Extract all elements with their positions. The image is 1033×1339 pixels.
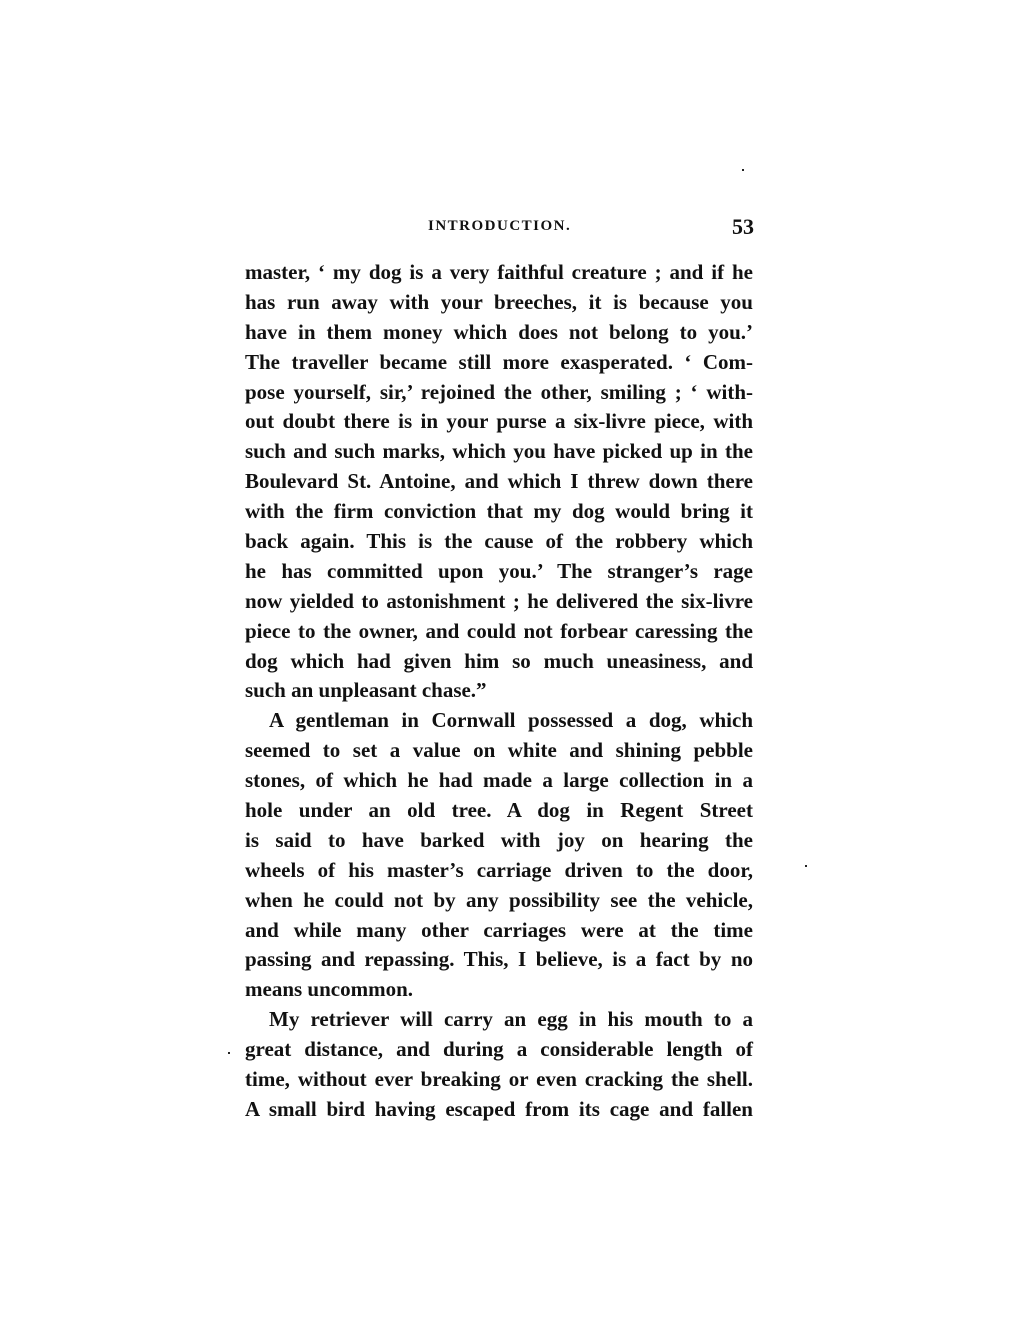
text-line: have in them money which does not belong… [245,318,753,348]
text-line: passing and repassing. This, I believe, … [245,945,753,975]
text-line: he has committed upon you.’ The stranger… [245,557,753,587]
text-line: My retriever will carry an egg in his mo… [245,1005,753,1035]
text-line: such and such marks, which you have pick… [245,437,753,467]
text-line: means uncommon. [245,975,753,1005]
running-header: INTRODUCTION. 53 [428,214,754,244]
text-line: out doubt there is in your purse a six-l… [245,407,753,437]
scan-speck [805,865,807,867]
text-line: and while many other carriages were at t… [245,916,753,946]
page-number: 53 [732,214,754,240]
scan-speck [228,1052,230,1054]
text-line: A gentleman in Cornwall possessed a dog,… [245,706,753,736]
paragraph: My retriever will carry an egg in his mo… [245,1005,753,1125]
text-line: A small bird having escaped from its cag… [245,1095,753,1125]
text-line: seemed to set a value on white and shini… [245,736,753,766]
text-line: dog which had given him so much uneasine… [245,647,753,677]
text-line: wheels of his master’s carriage driven t… [245,856,753,886]
text-line: such an unpleasant chase.” [245,676,753,706]
text-line: Boulevard St. Antoine, and which I threw… [245,467,753,497]
text-line: great distance, and during a considerabl… [245,1035,753,1065]
text-line: has run away with your breeches, it is b… [245,288,753,318]
text-line: piece to the owner, and could not forbea… [245,617,753,647]
text-line: is said to have barked with joy on heari… [245,826,753,856]
paragraph: A gentleman in Cornwall possessed a dog,… [245,706,753,1005]
text-line: now yielded to astonishment ; he deliver… [245,587,753,617]
text-line: The traveller became still more exaspera… [245,348,753,378]
scan-speck [742,169,744,171]
text-line: stones, of which he had made a large col… [245,766,753,796]
text-line: master, ‘ my dog is a very faithful crea… [245,258,753,288]
running-title: INTRODUCTION. [428,218,571,235]
text-line: pose yourself, sir,’ rejoined the other,… [245,378,753,408]
text-line: hole under an old tree. A dog in Regent … [245,796,753,826]
book-page: INTRODUCTION. 53 master, ‘ my dog is a v… [0,0,1033,1339]
text-line: time, without ever breaking or even crac… [245,1065,753,1095]
text-line: back again. This is the cause of the rob… [245,527,753,557]
text-line: with the firm conviction that my dog wou… [245,497,753,527]
text-line: when he could not by any possibility see… [245,886,753,916]
body-text: master, ‘ my dog is a very faithful crea… [245,258,753,1125]
paragraph: master, ‘ my dog is a very faithful crea… [245,258,753,706]
